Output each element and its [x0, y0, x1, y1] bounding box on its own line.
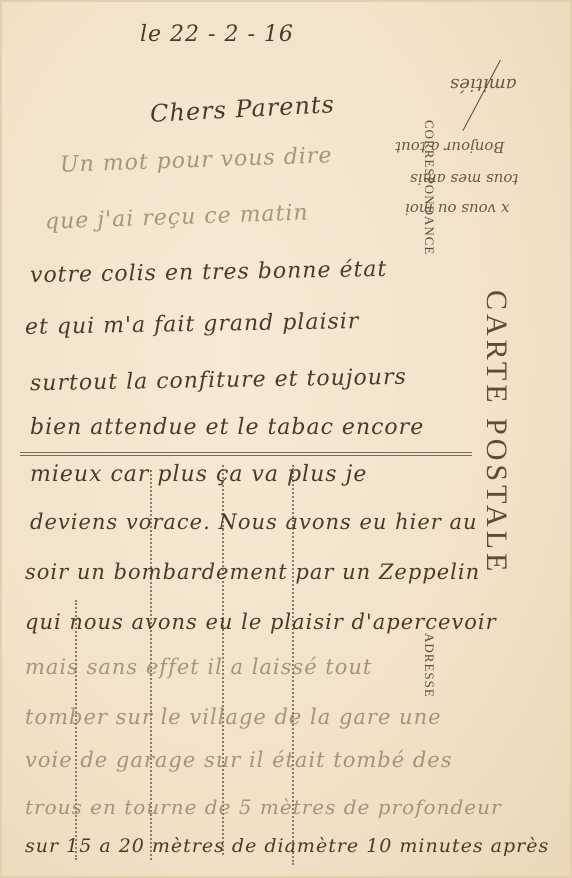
postcard-back: CORRESPONDANCE CARTE POSTALE ADRESSE le … — [0, 0, 572, 878]
divider-line-top — [20, 452, 472, 453]
greeting: Chers Parents — [149, 90, 335, 128]
address-dotted-line-1 — [75, 600, 77, 860]
body-line: sur 15 a 20 mètres de diamètre 10 minute… — [25, 835, 549, 857]
body-line: Un mot pour vous dire — [60, 143, 333, 177]
printed-adresse: ADRESSE — [421, 633, 437, 698]
body-line: mieux car plus ça va plus je — [30, 462, 367, 487]
date: le 22 - 2 - 16 — [140, 22, 294, 47]
body-line: mais sans effet il a laissé tout — [25, 655, 372, 679]
body-line: qui nous avons eu le plaisir d'apercevoi… — [25, 610, 497, 634]
pen-stroke — [463, 60, 501, 131]
upside-note-1: Bonjour a tout — [395, 138, 504, 156]
body-line: surtout la confiture et toujours — [30, 365, 407, 397]
body-line: tomber sur le village de la gare une — [25, 705, 442, 729]
printed-carte-postale: CARTE POSTALE — [479, 290, 513, 575]
upside-note-3: x vous ou moi — [405, 200, 509, 218]
body-line: trous en tourne de 5 mètres de profondeu… — [25, 795, 502, 819]
body-line: bien attendue et le tabac encore — [30, 415, 424, 440]
body-line: soir un bombardement par un Zeppelin — [25, 560, 480, 584]
divider-line-bottom — [20, 455, 472, 456]
body-line: et qui m'a fait grand plaisir — [25, 309, 360, 340]
upside-note-2: tous mes amis — [410, 170, 518, 188]
body-line: que j'ai reçu ce matin — [45, 200, 309, 234]
body-line: voie de garage sur il était tombé des — [25, 748, 452, 772]
body-line: votre colis en tres bonne état — [30, 257, 388, 288]
body-line: deviens vorace. Nous avons eu hier au — [30, 510, 478, 534]
